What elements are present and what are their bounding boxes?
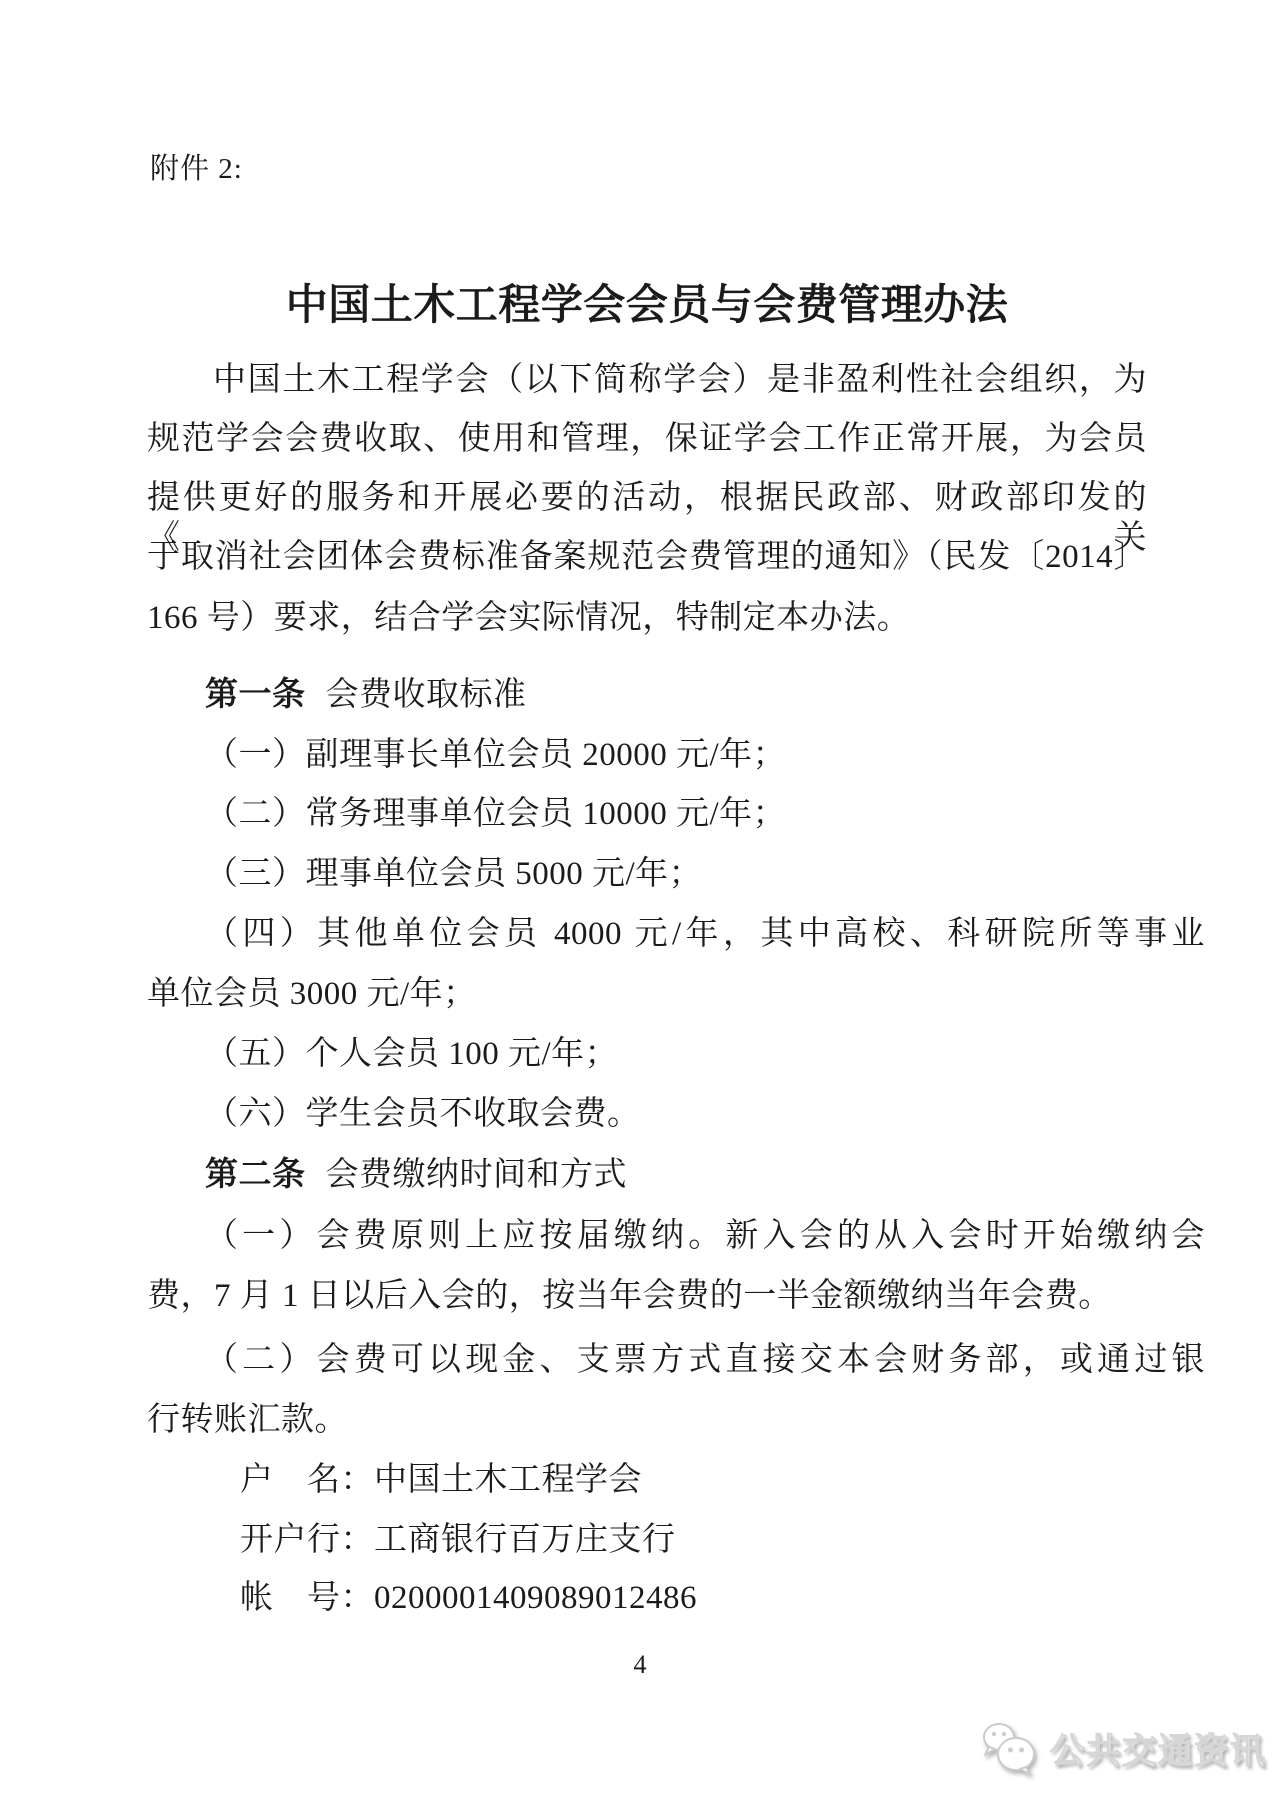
article-item: （一）会费原则上应按届缴纳。新入会的从入会时开始缴纳会 [147, 1217, 1205, 1257]
account-bank-line: 开户行：工商银行百万庄支行 [147, 1521, 1240, 1561]
intro-line: 于取消社会团体会费标准备案规范会费管理的通知》（民发〔2014〕 [147, 538, 1147, 578]
intro-line: 中国土木工程学会（以下简称学会）是非盈利性社会组织，为 [147, 361, 1147, 401]
article-heading: 第二条会费缴纳时间和方式 [147, 1156, 1205, 1196]
article-item-continuation: 费，7 月 1 日以后入会的，按当年会费的一半金额缴纳当年会费。 [147, 1277, 1147, 1317]
article-heading: 第一条会费收取标准 [147, 676, 1205, 716]
page-title: 中国土木工程学会会员与会费管理办法 [147, 272, 1147, 332]
article-item: （二）会费可以现金、支票方式直接交本会财务部，或通过银 [147, 1341, 1205, 1381]
article-item: （一）副理事长单位会员 20000 元/年； [147, 736, 1205, 776]
article-item: （六）学生会员不收取会费。 [147, 1095, 1205, 1135]
article-item: （四）其他单位会员 4000 元/年，其中高校、科研院所等事业 [147, 915, 1205, 955]
article-item-continuation: 单位会员 3000 元/年； [147, 975, 1147, 1015]
intro-line: 166 号）要求，结合学会实际情况，特制定本办法。 [147, 599, 1147, 639]
article-item: （五）个人会员 100 元/年； [147, 1035, 1205, 1075]
page-number: 4 [0, 1650, 1280, 1680]
article-item-continuation: 行转账汇款。 [147, 1401, 1147, 1441]
article-item: （三）理事单位会员 5000 元/年； [147, 855, 1205, 895]
article-heading-text: 会费收取标准 [326, 677, 527, 713]
article-number: 第二条 [205, 1157, 306, 1193]
article-number: 第一条 [205, 677, 306, 713]
watermark: 公共交通资讯 [978, 1722, 1266, 1776]
article-heading-text: 会费缴纳时间和方式 [326, 1157, 628, 1193]
document-page: 附件 2: 中国土木工程学会会员与会费管理办法 中国土木工程学会（以下简称学会）… [0, 0, 1280, 1810]
attachment-label: 附件 2: [150, 146, 243, 187]
account-number-line: 帐 号：0200001409089012486 [147, 1579, 1240, 1619]
article-item: （二）常务理事单位会员 10000 元/年； [147, 795, 1205, 835]
watermark-text: 公共交通资讯 [1050, 1724, 1266, 1774]
wechat-icon [978, 1722, 1040, 1776]
account-holder-line: 户 名：中国土木工程学会 [147, 1461, 1240, 1501]
intro-line: 规范学会会费收取、使用和管理，保证学会工作正常开展，为会员 [147, 420, 1147, 460]
